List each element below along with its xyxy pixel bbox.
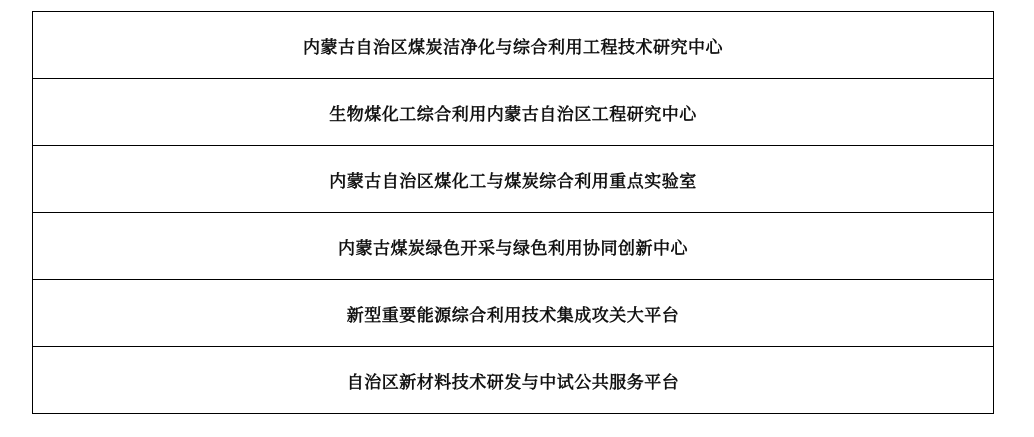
table-row: 新型重要能源综合利用技术集成攻关大平台 [33, 280, 994, 347]
table-cell: 生物煤化工综合利用内蒙古自治区工程研究中心 [33, 79, 994, 146]
table-cell: 内蒙古自治区煤化工与煤炭综合利用重点实验室 [33, 146, 994, 213]
research-platforms-table: 内蒙古自治区煤炭洁净化与综合利用工程技术研究中心 生物煤化工综合利用内蒙古自治区… [32, 11, 994, 414]
table-cell: 内蒙古自治区煤炭洁净化与综合利用工程技术研究中心 [33, 12, 994, 79]
table-row: 自治区新材料技术研发与中试公共服务平台 [33, 347, 994, 414]
table-row: 内蒙古自治区煤炭洁净化与综合利用工程技术研究中心 [33, 12, 994, 79]
table-cell: 新型重要能源综合利用技术集成攻关大平台 [33, 280, 994, 347]
table-row: 内蒙古自治区煤化工与煤炭综合利用重点实验室 [33, 146, 994, 213]
table-cell: 自治区新材料技术研发与中试公共服务平台 [33, 347, 994, 414]
table-row: 生物煤化工综合利用内蒙古自治区工程研究中心 [33, 79, 994, 146]
table-cell: 内蒙古煤炭绿色开采与绿色利用协同创新中心 [33, 213, 994, 280]
table-row: 内蒙古煤炭绿色开采与绿色利用协同创新中心 [33, 213, 994, 280]
